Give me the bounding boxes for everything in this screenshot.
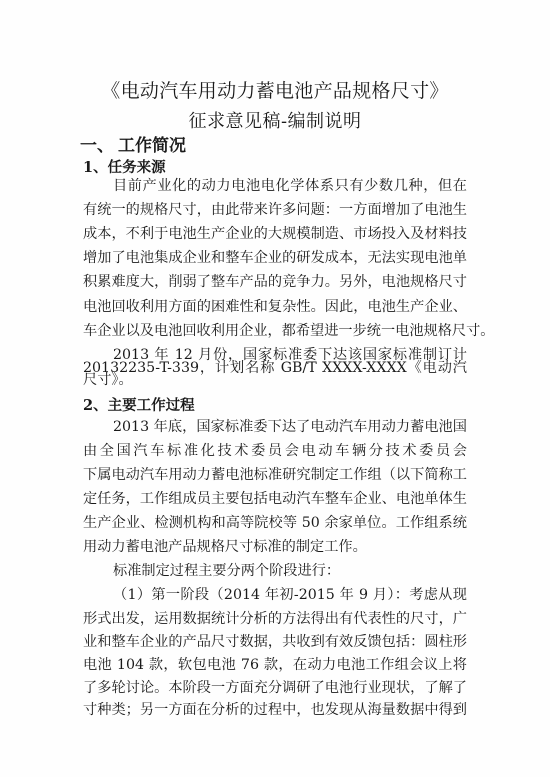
- document-title: 《电动汽车用动力蓄电池产品规格尺寸》: [0, 76, 550, 103]
- paragraph-line: 定任务，工作组成员主要包括电动汽车整车企业、电池单体生产企业、电池系统: [83, 490, 467, 508]
- paragraph-line: 电池 104 款，软包电池 76 款，在动力电池工作组会议上将统计分析的情况进行: [83, 656, 467, 674]
- subsection-heading-task-source: 1、任务来源: [83, 156, 166, 177]
- subsection-heading-main-work-process: 2、主要工作过程: [83, 394, 195, 415]
- paragraph-line: 生产企业、检测机构和高等院校等 50 余家单位。工作组系统地开展了电动汽车: [83, 514, 467, 532]
- paragraph-line: 业和整车企业的产品尺寸数据，共收到有效反馈包括：圆柱形电池 19 款，方形: [83, 633, 467, 651]
- paragraph-line: 电池回收利用方面的困难性和复杂性。因此，电池生产企业、系统集成企业、整: [83, 298, 467, 316]
- paragraph-line: 了多轮讨论。本阶段一方面充分调研了电池行业现状，了解了产业应用的电池尺: [83, 679, 467, 697]
- section-heading-work-overview: 一、工作简况: [80, 131, 186, 156]
- paragraph-line: 积累难度大，削弱了整车产品的竞争力。另外，电池规格尺寸不统一，也增加了: [83, 273, 467, 291]
- paragraph-line: 形式出发，运用数据统计分析的方法得出有代表性的尺寸，广泛征求电池生产企: [83, 610, 467, 628]
- paragraph-line: 2013 年底，国家标准委下达了电动汽车用动力蓄电池国家标准制定计划，: [113, 418, 467, 436]
- paragraph-line: 标准制定过程主要分两个阶段进行：: [113, 562, 467, 580]
- paragraph-line: 车企业以及电池回收利用企业，都希望进一步统一电池规格尺寸。: [83, 322, 467, 340]
- document-page: 《电动汽车用动力蓄电池产品规格尺寸》 征求意见稿-编制说明 一、工作简况 1、任…: [0, 0, 550, 777]
- paragraph-line: 寸种类；另一方面在分析的过程中，也发现从海量数据中得到有代表性的尺寸难: [83, 701, 467, 719]
- paragraph-line: 尺寸》。: [83, 371, 467, 389]
- paragraph-line: 成本，不利于电池生产企业的大规模制造、市场投入及材料技术创新；另一方面，: [83, 225, 467, 243]
- paragraph-line: 用动力蓄电池产品规格尺寸标准的制定工作。: [83, 538, 467, 556]
- section-title: 工作简况: [118, 136, 186, 156]
- paragraph-line: 增加了电池集成企业和整车企业的研发成本，无法实现电池单体快速选型，技术: [83, 249, 467, 267]
- paragraph-line: 目前产业化的动力电池电化学体系只有少数几种，但在具体产品方面，尚没: [113, 177, 467, 195]
- paragraph-line: 有统一的规格尺寸，由此带来许多问题：一方面增加了电池生产企业的生产研发: [83, 201, 467, 219]
- paragraph-line: 下属电动汽车用动力蓄电池标准研究制定工作组（以下简称工作组）承担标准制: [83, 466, 467, 484]
- paragraph-line: （1）第一阶段（2014 年初-2015 年 9 月）：考虑从现有的众多电池单体…: [113, 586, 467, 604]
- paragraph-line: 由全国汽车标准化技术委员会电动车辆分技术委员会（SAC/TC114/SC27）秘…: [83, 442, 467, 460]
- document-subtitle: 征求意见稿-编制说明: [0, 107, 550, 133]
- section-number: 一、: [80, 131, 118, 156]
